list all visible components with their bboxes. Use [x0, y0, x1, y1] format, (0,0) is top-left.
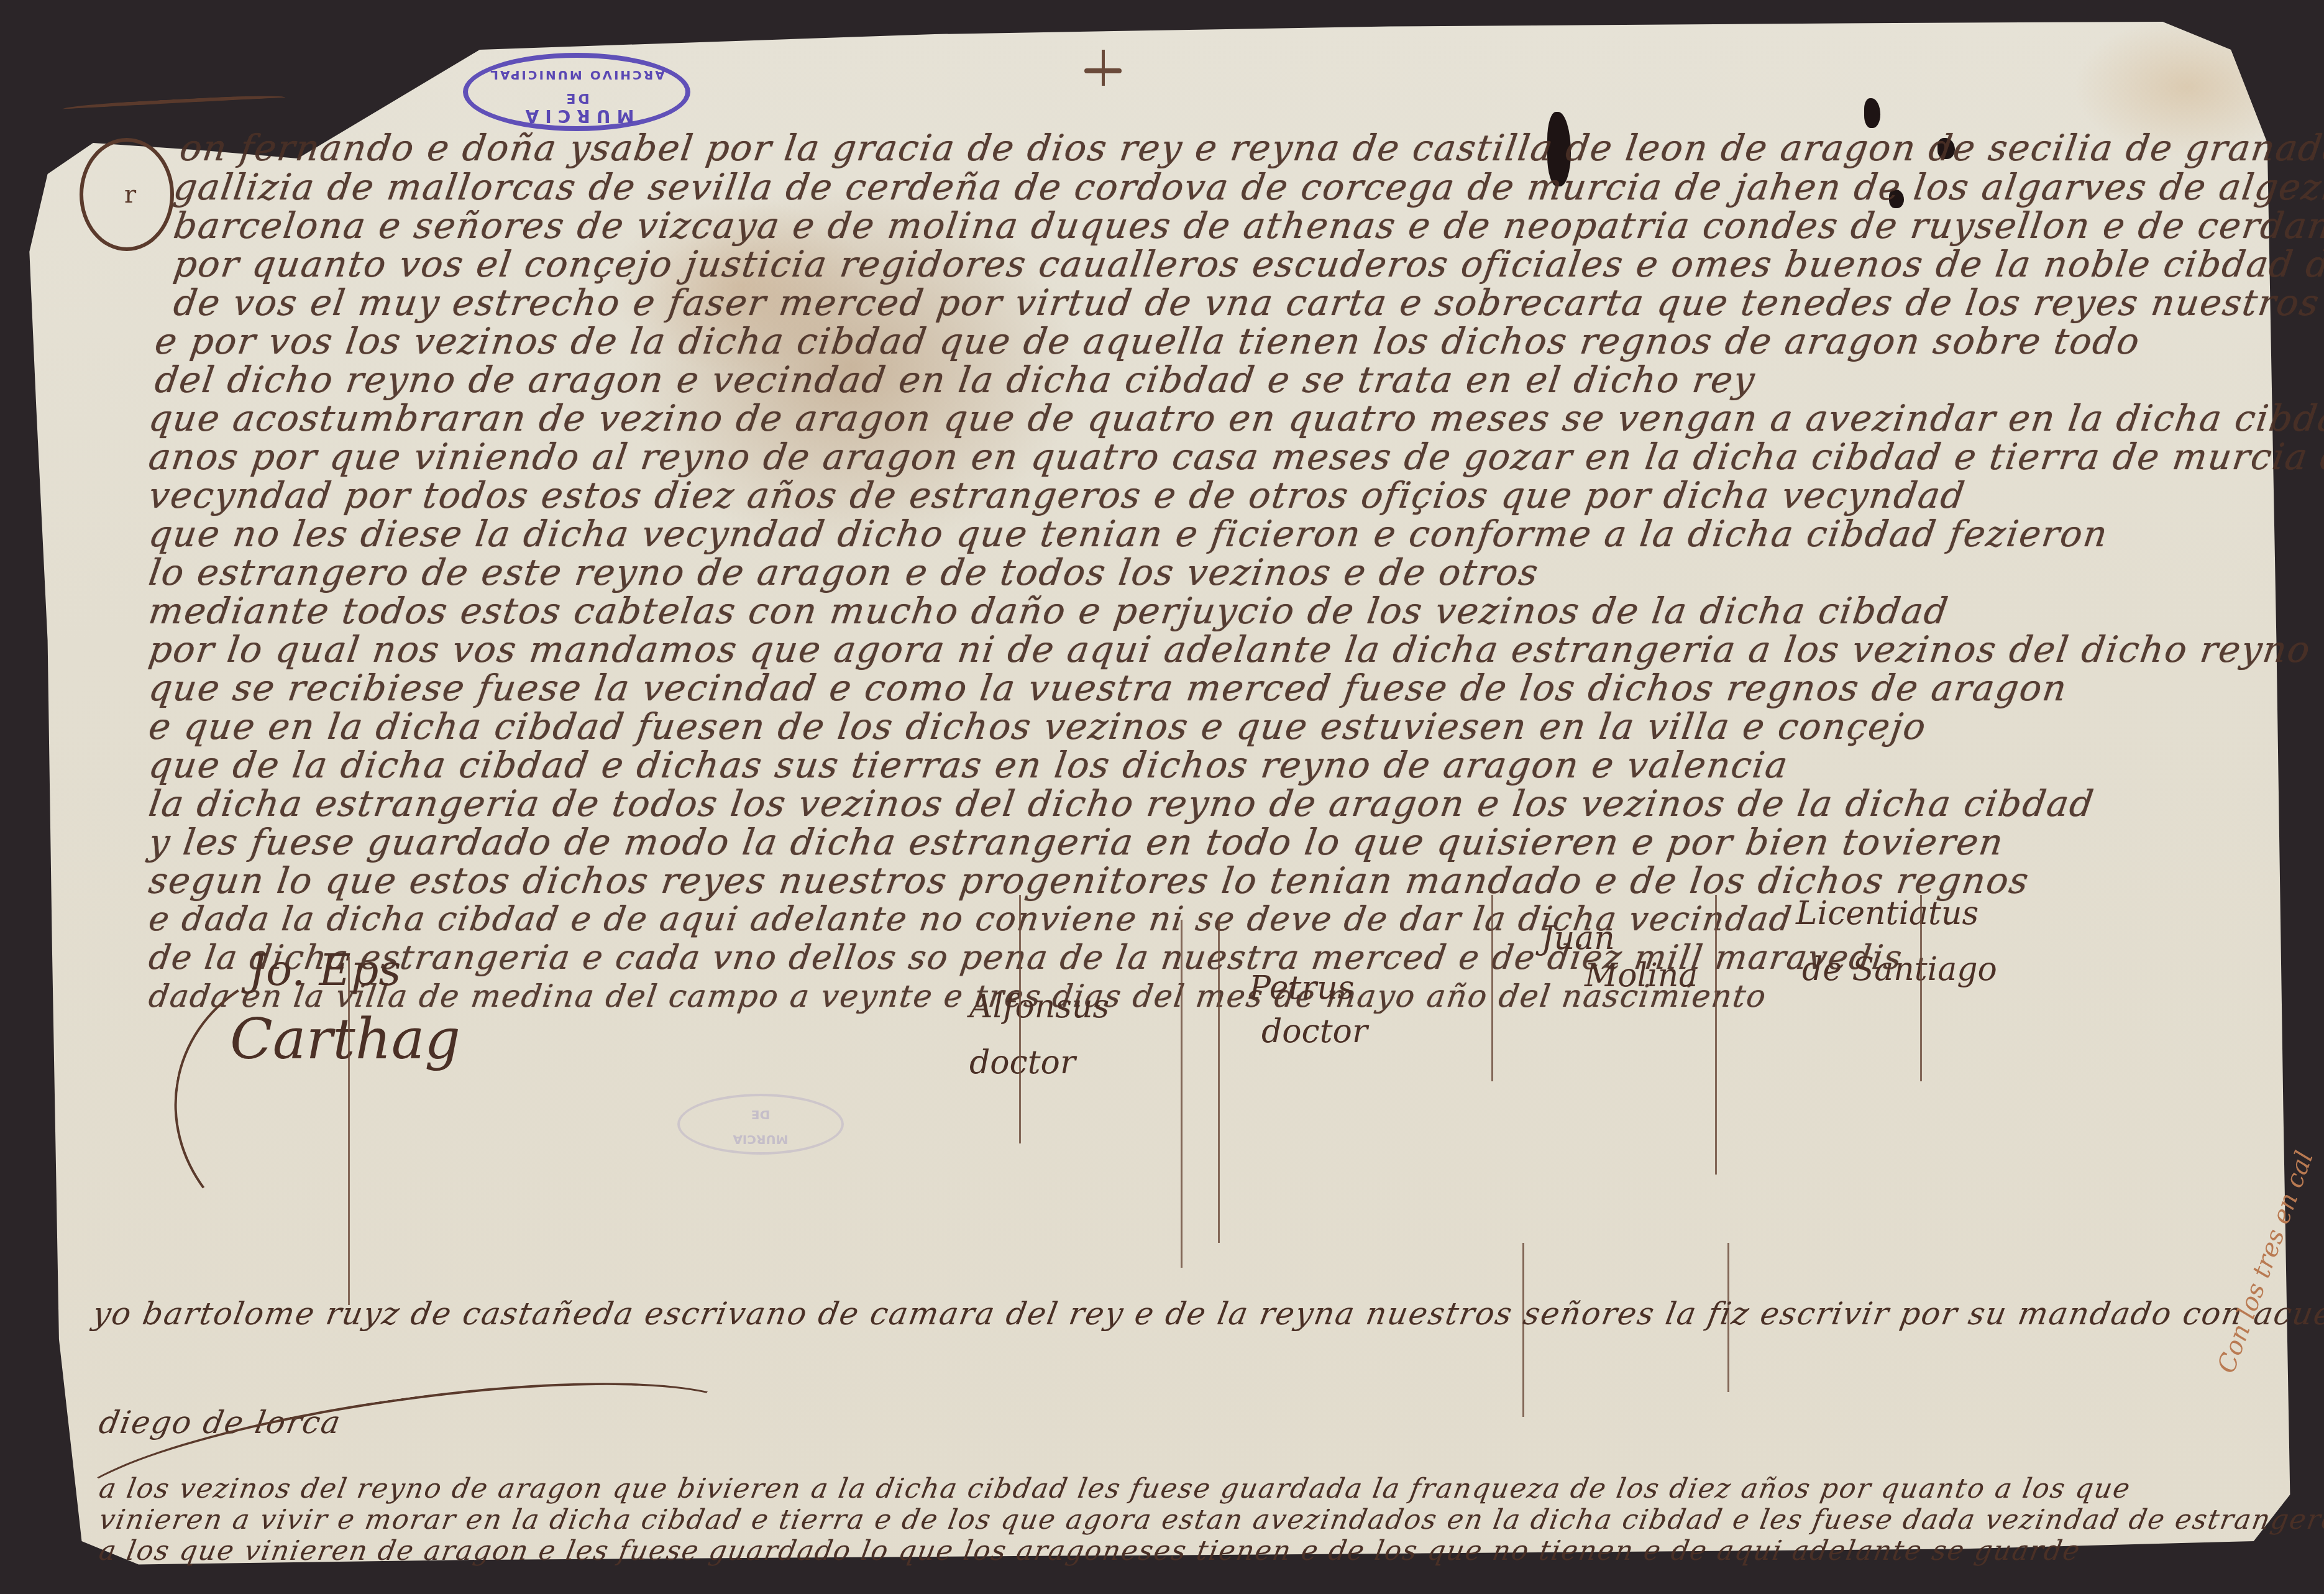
- signature-cr-line1: Juan: [1541, 920, 1615, 957]
- faded-stamp-line: DE: [680, 1102, 841, 1127]
- body-line: que acostumbraran de vezino de aragon qu…: [146, 398, 2324, 439]
- body-line: segun lo que estos dichos reyes nuestros…: [146, 860, 2032, 901]
- signature-r-line2: de Santiago: [1802, 951, 1997, 988]
- body-line: mediante todos estos cabtelas con mucho …: [146, 590, 1951, 631]
- signature-cl-line2: doctor: [969, 1044, 1076, 1081]
- bottom-line: a los que vinieren de aragon e les fuese…: [97, 1535, 2084, 1567]
- body-line: por quanto vos el conçejo justicia regid…: [171, 244, 2324, 285]
- rubric-stroke: [1715, 895, 1717, 1175]
- rubric-stroke: [1920, 895, 1922, 1081]
- rubric-stroke: [1019, 895, 1021, 1143]
- body-line: anos por que viniendo al reyno de aragon…: [146, 436, 2324, 477]
- body-line: la dicha estrangeria de todos los vezino…: [146, 783, 2097, 824]
- rubric-stroke: [1218, 920, 1220, 1243]
- ink-blot: [1864, 98, 1880, 128]
- body-line: que se recibiese fuese la vecindad e com…: [146, 667, 2070, 708]
- body-line: por lo qual nos vos mandamos que agora n…: [146, 629, 2313, 670]
- rubric-stroke: [1491, 895, 1493, 1081]
- signature-c-line1: Petrus: [1249, 969, 1354, 1007]
- body-line: gallizia de mallorcas de sevilla de cerd…: [171, 167, 2324, 208]
- rubric-stroke: [1181, 920, 1183, 1268]
- stamp-line-archivo: ARCHIVO MUNICIPAL: [468, 68, 685, 83]
- body-line: lo estrangero de este reyno de aragon e …: [146, 552, 1542, 593]
- faded-stamp-line: MURCIA: [680, 1127, 841, 1152]
- body-line: que no les diese la dicha vecyndad dicho…: [146, 513, 2111, 554]
- body-line: on fernando e doña ysabel por la gracia …: [177, 127, 2324, 168]
- rubric-stroke: [348, 957, 350, 1305]
- body-line: e por vos los vezinos de la dicha cibdad…: [152, 321, 2143, 362]
- manuscript-scan: r MURCIA DE ARCHIVO MUNICIPAL on fernand…: [0, 0, 2324, 1594]
- stamp-line-murcia: MURCIA: [468, 106, 685, 126]
- secretary-line: yo bartolome ruyz de castañeda escrivano…: [90, 1296, 2324, 1332]
- body-line: barcelona e señores de vizcaya e de moli…: [171, 205, 2324, 246]
- initial-inner-mark: r: [124, 180, 136, 209]
- archive-stamp: MURCIA DE ARCHIVO MUNICIPAL: [463, 53, 690, 131]
- signature-cr-line2: Molina: [1585, 957, 1698, 994]
- signature-r-line1: Licentiatus: [1796, 895, 1979, 932]
- faded-stamp: MURCIA DE: [677, 1094, 844, 1155]
- top-flourish: [62, 94, 286, 116]
- signature-cl-line1: Alfonsus: [969, 988, 1109, 1025]
- body-line: y les fuese guardado de modo la dicha es…: [146, 822, 2006, 863]
- folio-mark: [1084, 68, 1122, 73]
- body-line: vecyndad por todos estos diez años de es…: [146, 475, 1968, 516]
- bottom-line: vinieren a vivir e morar en la dicha cib…: [97, 1504, 2324, 1536]
- body-line: e que en la dicha cibdad fuesen de los d…: [146, 706, 1929, 747]
- signature-c-line2: doctor: [1261, 1013, 1368, 1050]
- body-line: del dicho reyno de aragon e vecindad en …: [152, 359, 1758, 400]
- stamp-line-de: DE: [468, 90, 685, 106]
- body-line: que de la dicha cibdad e dichas sus tier…: [146, 744, 1791, 786]
- body-line: de vos el muy estrecho e faser merced po…: [171, 282, 2324, 323]
- bottom-line: a los vezinos del reyno de aragon que bi…: [97, 1473, 2134, 1505]
